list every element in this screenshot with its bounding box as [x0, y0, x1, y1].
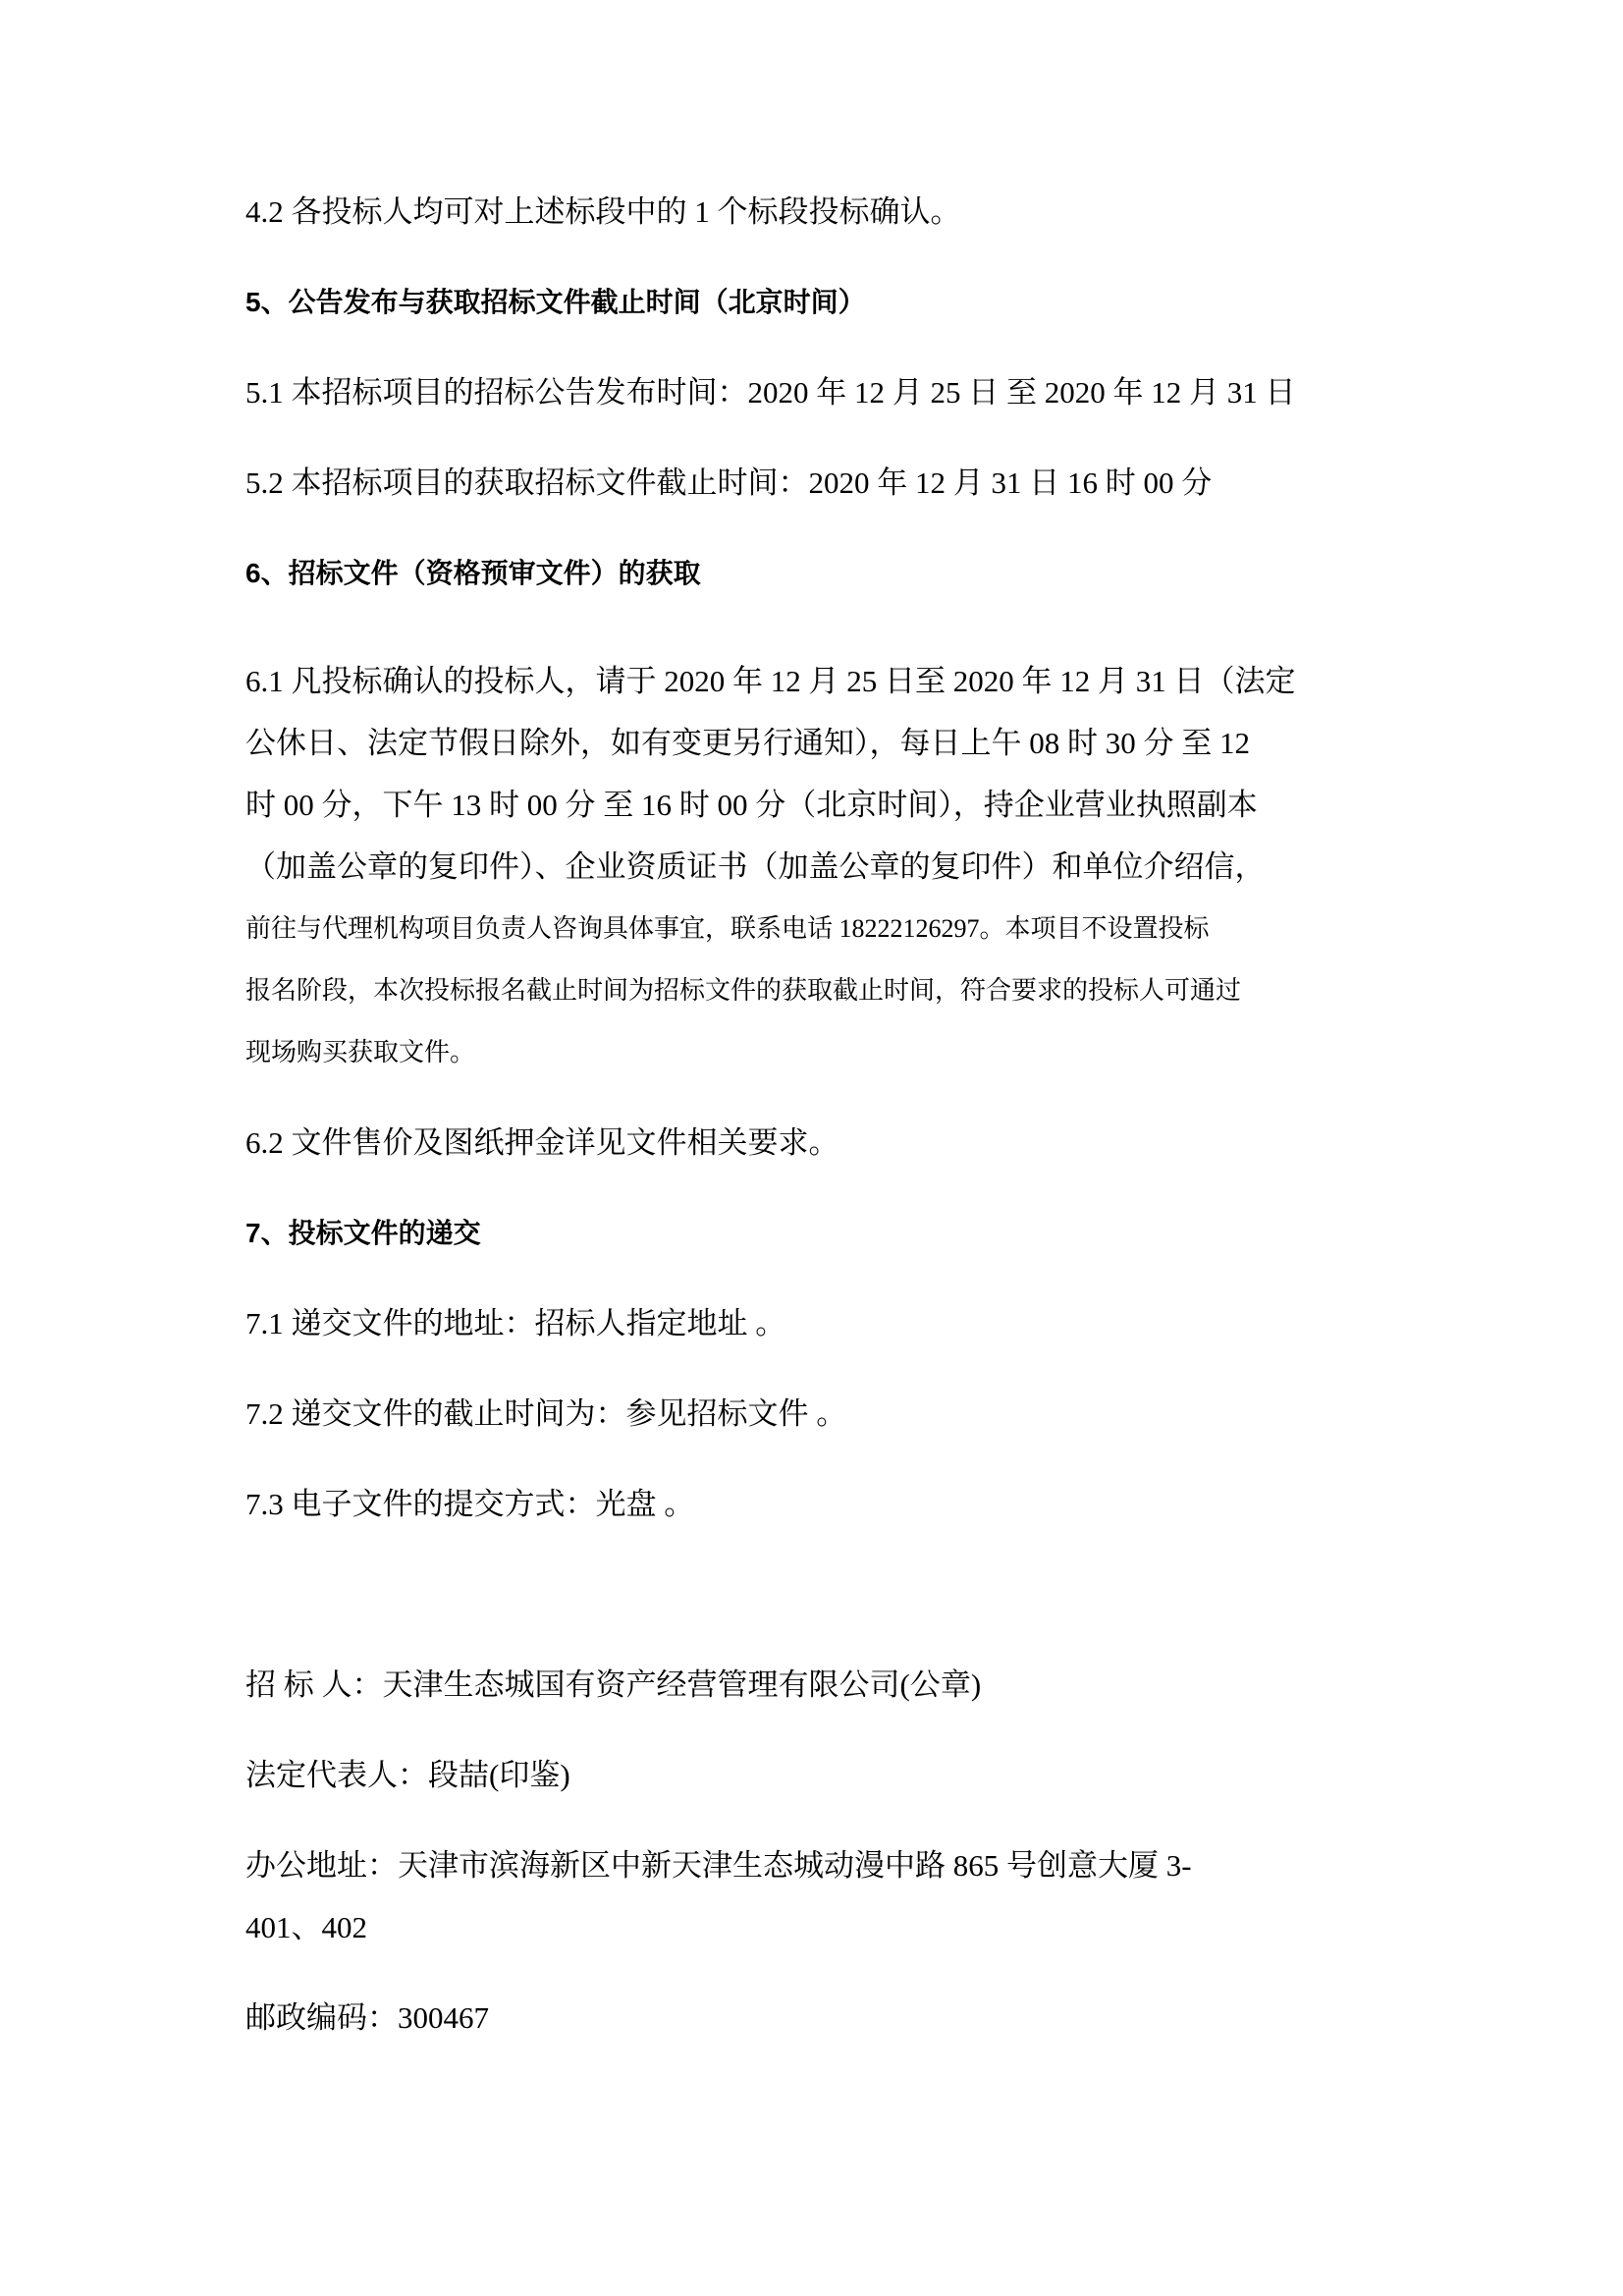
clause-6-1-line-7: 现场购买获取文件。 [245, 1021, 1378, 1083]
section-heading-7: 7、投标文件的递交 [245, 1202, 1378, 1264]
clause-5-1: 5.1 本招标项目的招标公告发布时间：2020 年 12 月 25 日 至 20… [245, 361, 1378, 423]
clause-5-2: 5.2 本招标项目的获取招标文件截止时间：2020 年 12 月 31 日 16… [245, 452, 1378, 514]
document-page: 4.2 各投标人均可对上述标段中的 1 个标段投标确认。 5、公告发布与获取招标… [0, 0, 1623, 2296]
clause-6-1-line-3: 时 00 分，下午 13 时 00 分 至 16 时 00 分（北京时间），持企… [245, 774, 1378, 836]
clause-6-1-line-2: 公休日、法定节假日除外，如有变更另行通知），每日上午 08 时 30 分 至 1… [245, 712, 1378, 774]
section-heading-6: 6、招标文件（资格预审文件）的获取 [245, 542, 1378, 604]
tenderer-line: 招 标 人：天津生态城国有资产经营管理有限公司(公章) [245, 1654, 1378, 1716]
clause-6-1-line-6: 报名阶段，本次投标报名截止时间为招标文件的获取截止时间，符合要求的投标人可通过 [245, 959, 1378, 1021]
clause-7-1: 7.1 递交文件的地址：招标人指定地址 。 [245, 1292, 1378, 1354]
clause-6-1-line-1: 6.1 凡投标确认的投标人，请于 2020 年 12 月 25 日至 2020 … [245, 650, 1378, 712]
section-heading-5: 5、公告发布与获取招标文件截止时间（北京时间） [245, 271, 1378, 333]
office-address-line-1: 办公地址：天津市滨海新区中新天津生态城动漫中路 865 号创意大厦 3- [245, 1834, 1378, 1896]
office-address-line-2: 401、402 [245, 1896, 1378, 1958]
clause-7-3: 7.3 电子文件的提交方式：光盘 。 [245, 1473, 1378, 1535]
legal-representative-line: 法定代表人：段喆(印鉴) [245, 1744, 1378, 1806]
postal-code-line: 邮政编码：300467 [245, 1987, 1378, 2049]
clause-7-2: 7.2 递交文件的截止时间为：参见招标文件 。 [245, 1383, 1378, 1445]
blank-spacer [245, 1563, 1378, 1654]
clause-6-1: 6.1 凡投标确认的投标人，请于 2020 年 12 月 25 日至 2020 … [245, 632, 1378, 1083]
clause-6-2: 6.2 文件售价及图纸押金详见文件相关要求。 [245, 1112, 1378, 1174]
clause-4-2: 4.2 各投标人均可对上述标段中的 1 个标段投标确认。 [245, 181, 1378, 243]
office-address-block: 办公地址：天津市滨海新区中新天津生态城动漫中路 865 号创意大厦 3- 401… [245, 1834, 1378, 1958]
clause-6-1-line-4: （加盖公章的复印件）、企业资质证书（加盖公章的复印件）和单位介绍信， [245, 836, 1378, 898]
clause-6-1-line-5: 前往与代理机构项目负责人咨询具体事宜，联系电话 18222126297。本项目不… [245, 898, 1378, 959]
